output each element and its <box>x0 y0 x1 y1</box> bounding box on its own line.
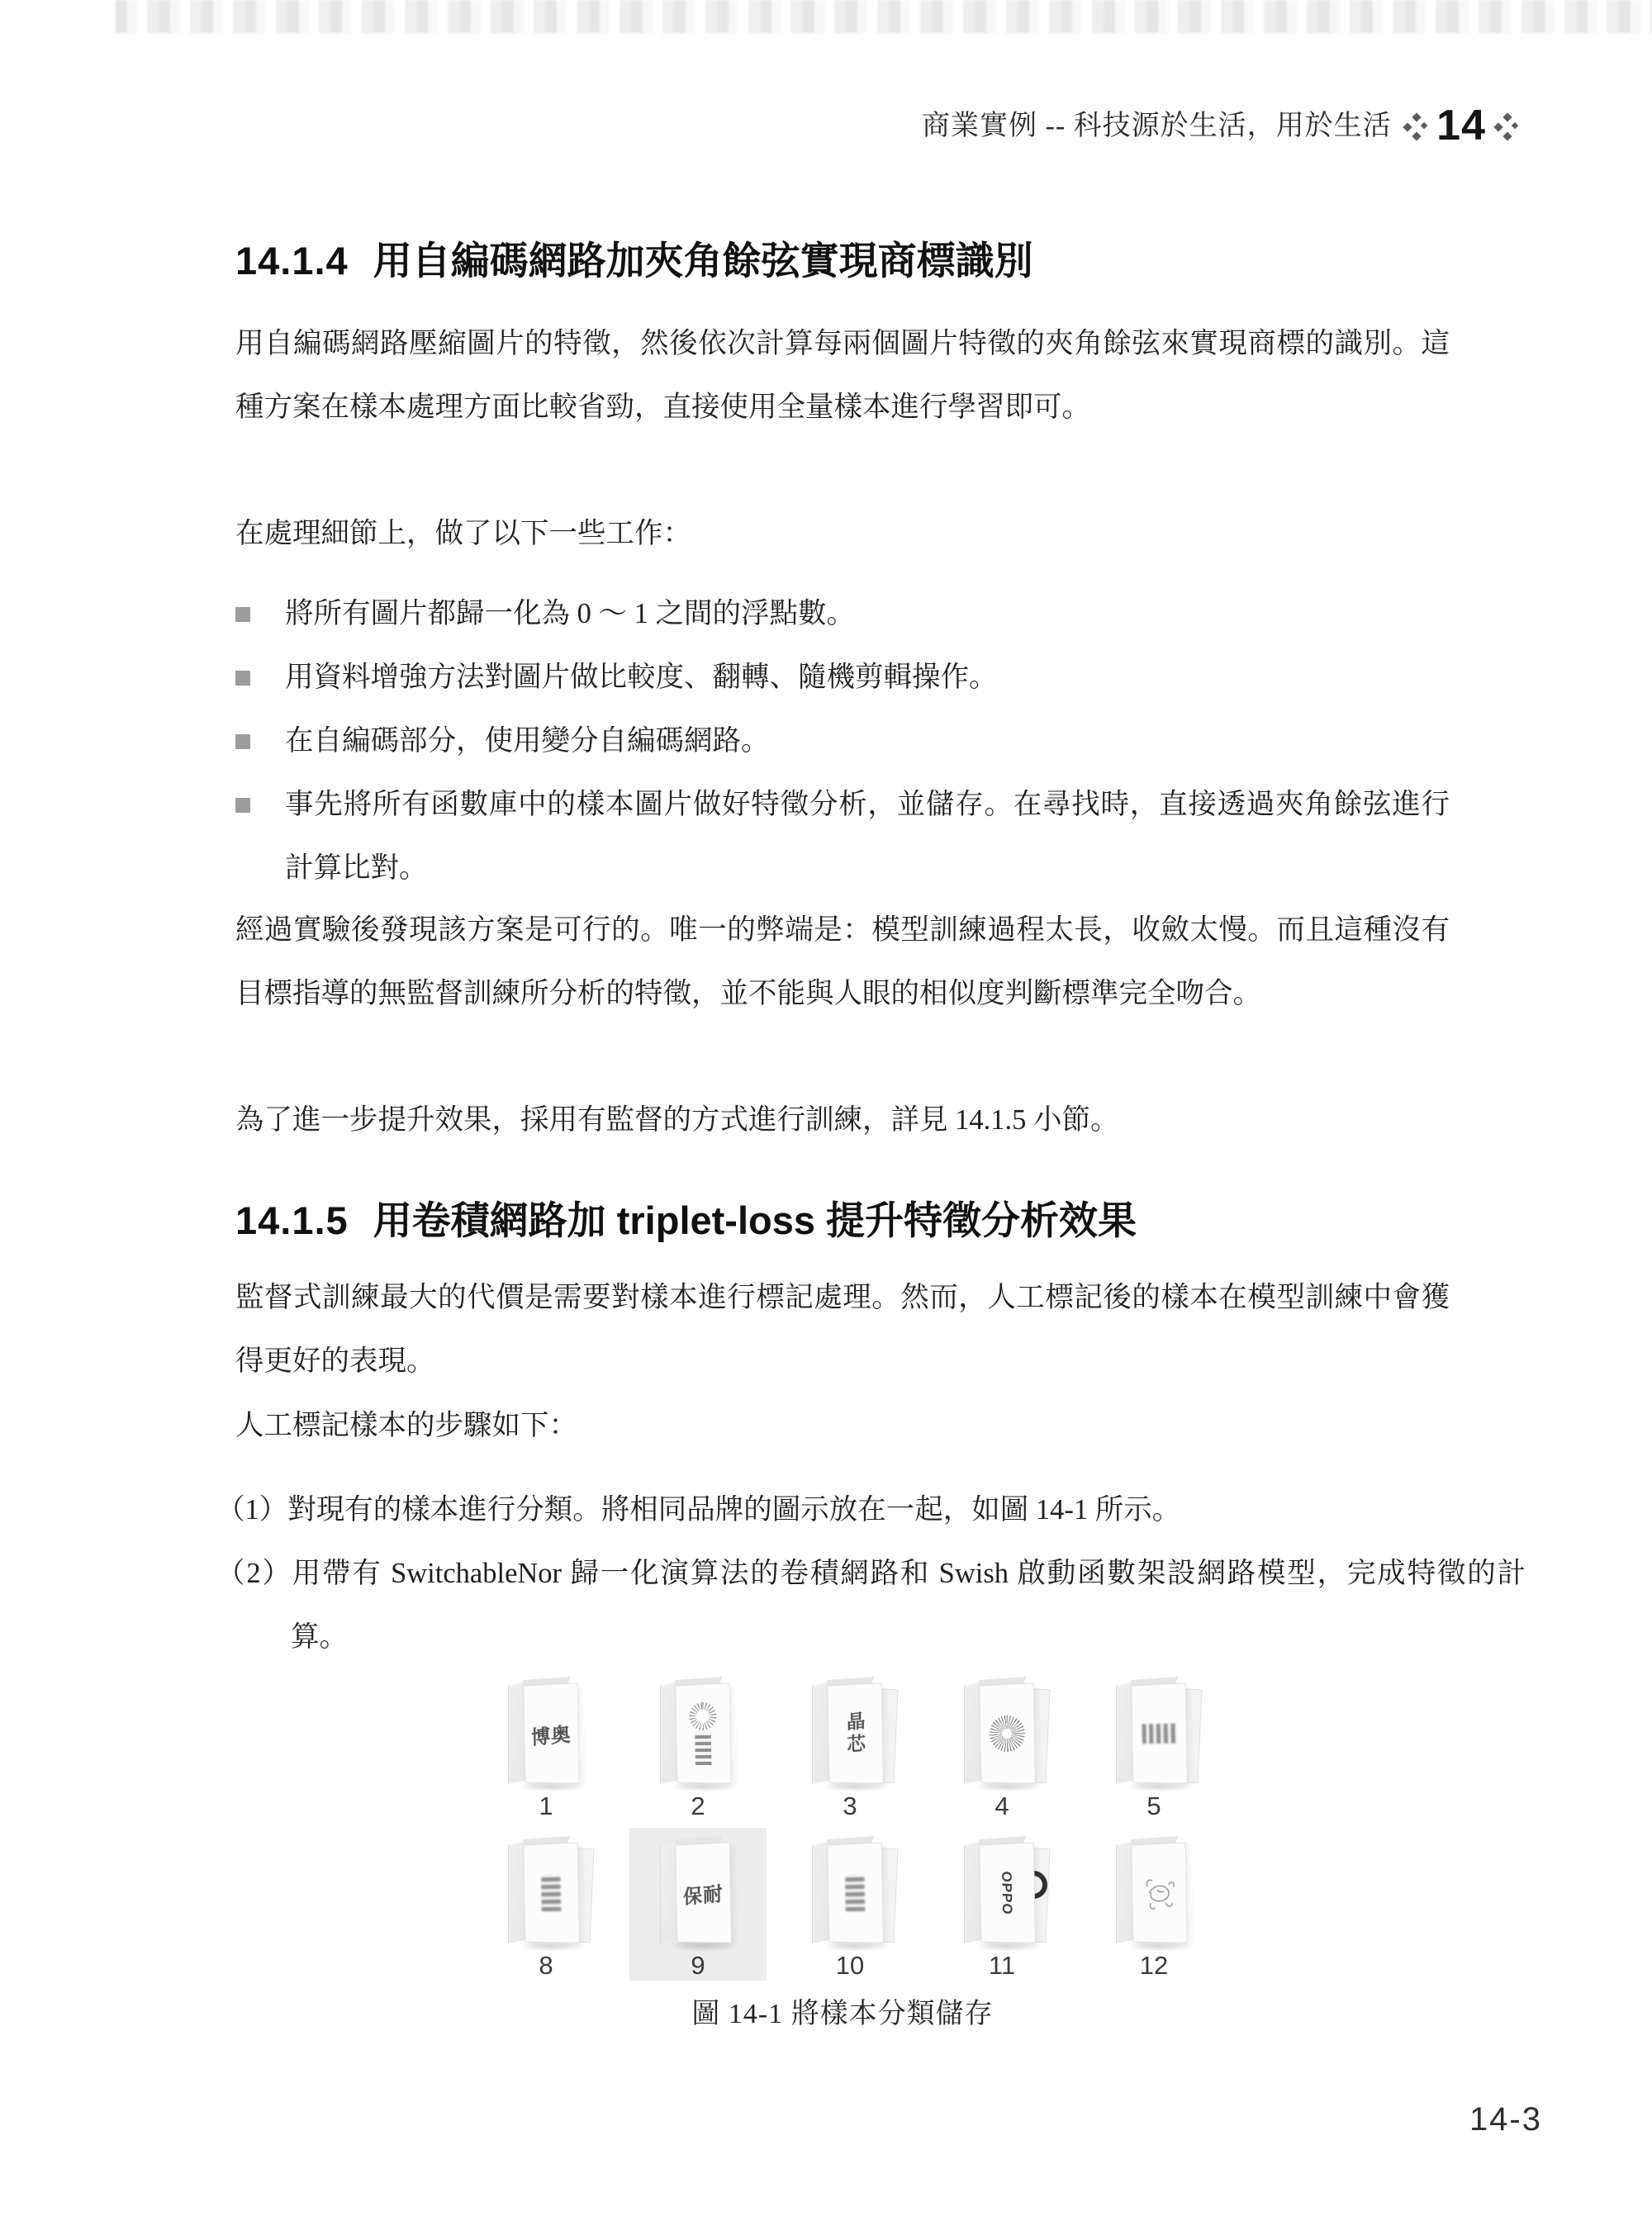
document-sheet <box>523 1842 579 1943</box>
folder-icon <box>1111 1677 1197 1788</box>
brand-text-logo: 博奥 <box>531 1717 572 1749</box>
document-sheet <box>1131 1842 1187 1943</box>
paragraph: 用自編碼網路壓縮圖片的特徵，然後依次計算每兩個圖片特徵的夾角餘弦來實現商標的識別… <box>235 312 1450 439</box>
bullet-square-icon <box>235 671 250 686</box>
brand-text-logo: 晶芯 <box>842 1710 869 1757</box>
folder-icon <box>1111 1836 1197 1948</box>
folder-item-11: OPPO 11 <box>940 1828 1064 1981</box>
list-item: 將所有圖片都歸一化為 0 ～ 1 之間的浮點數。 <box>235 582 1450 646</box>
document-sheet: 保耐 <box>675 1842 731 1943</box>
document-sheet: OPPO <box>979 1842 1035 1943</box>
list-item-text: 事先將所有函數庫中的樣本圖片做好特徵分析，並儲存。在尋找時，直接透過夾角餘弦進行… <box>285 773 1450 900</box>
bullet-square-icon <box>235 798 250 813</box>
folder-item-5: 5 <box>1092 1677 1216 1820</box>
paragraph: 為了進一步提升效果，採用有監督的方式進行訓練，詳見 14.1.5 小節。 <box>235 1089 1450 1152</box>
ornament-dots-icon <box>1494 112 1519 141</box>
illegible-text-logo <box>541 1875 561 1911</box>
folder-number: 5 <box>1092 1793 1216 1820</box>
ornament-dots-icon <box>1403 112 1428 141</box>
running-header: 商業實例 -- 科技源於生活，用於生活 14 <box>235 101 1524 150</box>
figure-caption: 圖 14-1 將樣本分類儲存 <box>235 1991 1450 2031</box>
folder-item-12: 12 <box>1092 1828 1216 1981</box>
folder-icon <box>503 1836 589 1948</box>
document-sheet: 晶芯 <box>827 1682 883 1783</box>
illegible-text-logo <box>845 1875 865 1911</box>
document-sheet <box>979 1682 1035 1783</box>
folder-number: 11 <box>940 1953 1064 1979</box>
document-sheet <box>675 1682 731 1783</box>
dense-text-icon <box>695 1732 711 1765</box>
folder-number: 10 <box>788 1953 912 1979</box>
numbered-step: （1）對現有的樣本進行分類。將相同品牌的圖示放在一起，如圖 14-1 所示。 <box>216 1478 1526 1542</box>
folder-icon <box>655 1677 741 1788</box>
swirl-icon <box>689 1701 717 1730</box>
list-item-text: 將所有圖片都歸一化為 0 ～ 1 之間的浮點數。 <box>285 582 1450 646</box>
section-number: 14.1.5 <box>235 1198 349 1242</box>
section-title: 用卷積網路加 triplet-loss 提升特徵分析效果 <box>373 1198 1137 1242</box>
list-item: 事先將所有函數庫中的樣本圖片做好特徵分析，並儲存。在尋找時，直接透過夾角餘弦進行… <box>235 773 1450 900</box>
folder-number: 12 <box>1092 1953 1216 1979</box>
bullet-square-icon <box>235 607 250 622</box>
folder-item-9-selected: 保耐 9 <box>629 1828 767 1981</box>
folder-icon: 晶芯 <box>807 1677 893 1788</box>
line-drawing-logo <box>1141 1872 1177 1913</box>
folder-item-1: 博奥 1 <box>484 1677 608 1820</box>
chapter-number: 14 <box>1436 102 1486 149</box>
bullet-list: 將所有圖片都歸一化為 0 ～ 1 之間的浮點數。 用資料增強方法對圖片做比較度、… <box>235 582 1450 900</box>
folder-number: 9 <box>629 1953 767 1979</box>
paragraph: 監督式訓練最大的代價是需要對樣本進行標記處理。然而，人工標記後的樣本在模型訓練中… <box>235 1266 1450 1393</box>
folder-number: 8 <box>484 1953 608 1979</box>
section-heading-14-1-5: 14.1.5用卷積網路加 triplet-loss 提升特徵分析效果 <box>235 1198 1474 1244</box>
page-number: 14-3 <box>1469 2101 1542 2138</box>
brand-text-logo: 保耐 <box>683 1877 724 1909</box>
folder-number: 1 <box>484 1793 608 1820</box>
spiral-swirl-logo <box>689 1701 717 1765</box>
folder-row-1: 博奥 1 2 <box>250 1677 1450 1820</box>
folder-item-3: 晶芯 3 <box>788 1677 912 1820</box>
section-heading-14-1-4: 14.1.4用自編碼網路加夾角餘弦實現商標識別 <box>235 238 1474 284</box>
list-item-text: 在自編碼部分，使用變分自編碼網路。 <box>285 709 1450 773</box>
folder-icon: OPPO <box>959 1836 1045 1948</box>
illegible-text-logo <box>1142 1723 1176 1744</box>
brand-text-ring-logo: OPPO <box>999 1871 1015 1915</box>
document-sheet: 博奥 <box>523 1682 579 1783</box>
section-title: 用自編碼網路加夾角餘弦實現商標識別 <box>373 239 1033 282</box>
bullet-square-icon <box>235 734 250 749</box>
list-item: 用資料增強方法對圖片做比較度、翻轉、隨機剪輯操作。 <box>235 646 1450 709</box>
scan-artifact-band <box>116 0 1652 33</box>
section-number: 14.1.4 <box>235 239 349 282</box>
folder-item-2: 2 <box>636 1677 760 1820</box>
folder-icon: 保耐 <box>655 1836 741 1948</box>
step-text: 用帶有 SwitchableNor 歸一化演算法的卷積網路和 Swish 啟動函… <box>291 1558 1526 1653</box>
step-marker: （2） <box>216 1558 292 1589</box>
step-marker: （1） <box>216 1494 287 1526</box>
running-title: 商業實例 -- 科技源於生活，用於生活 <box>922 111 1392 141</box>
figure-14-1: 博奥 1 2 <box>235 1677 1450 1981</box>
folder-row-2: 8 保耐 9 <box>250 1828 1450 1981</box>
folder-number: 4 <box>940 1793 1064 1820</box>
folder-item-8: 8 <box>484 1828 608 1981</box>
paragraph: 人工標記樣本的步驟如下： <box>235 1394 1450 1458</box>
paragraph: 經過實驗後發現該方案是可行的。唯一的弊端是：模型訓練過程太長，收斂太慢。而且這種… <box>235 899 1450 1026</box>
folder-icon: 博奥 <box>503 1677 589 1788</box>
sunburst-logo <box>989 1715 1025 1752</box>
folder-icon <box>807 1836 893 1948</box>
book-page: 商業實例 -- 科技源於生活，用於生活 14 14.1.4用自編碼網路加夾角餘弦… <box>0 0 1652 2235</box>
paragraph: 在處理細節上，做了以下一些工作： <box>235 502 1450 566</box>
step-text: 對現有的樣本進行分類。將相同品牌的圖示放在一起，如圖 14-1 所示。 <box>287 1494 1180 1526</box>
list-item: 在自編碼部分，使用變分自編碼網路。 <box>235 709 1450 773</box>
document-sheet <box>1131 1682 1187 1783</box>
folder-icon <box>959 1677 1045 1788</box>
folder-number: 2 <box>636 1793 760 1820</box>
folder-number: 3 <box>788 1793 912 1820</box>
list-item-text: 用資料增強方法對圖片做比較度、翻轉、隨機剪輯操作。 <box>285 646 1450 709</box>
numbered-step: （2）用帶有 SwitchableNor 歸一化演算法的卷積網路和 Swish … <box>216 1542 1526 1669</box>
folder-item-4: 4 <box>940 1677 1064 1820</box>
folder-item-10: 10 <box>788 1828 912 1981</box>
document-sheet <box>827 1842 883 1943</box>
